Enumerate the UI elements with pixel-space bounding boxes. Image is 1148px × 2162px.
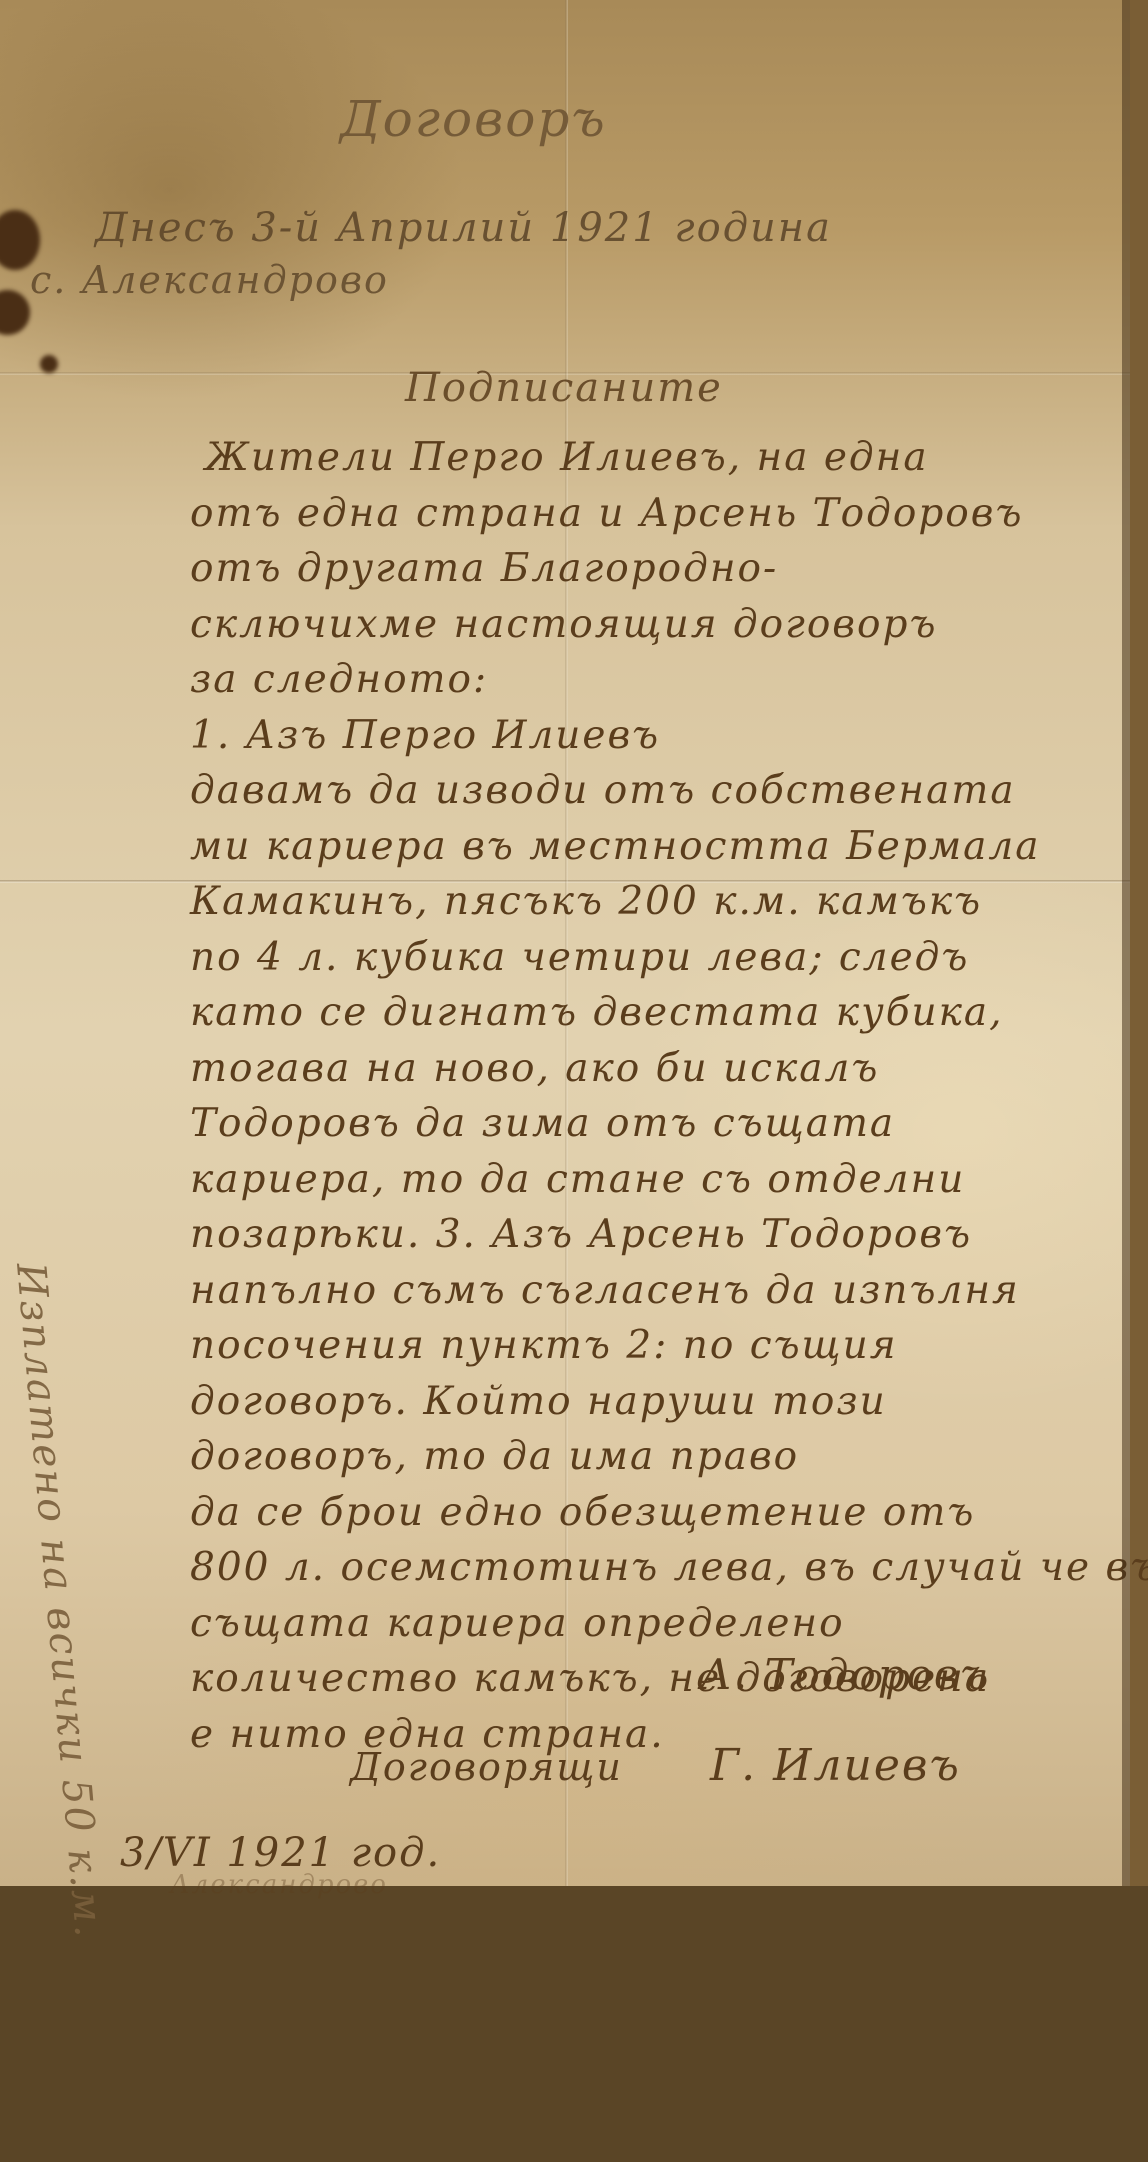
document-title: Договоръ xyxy=(340,90,607,148)
contracting-parties-label: Договорящи xyxy=(350,1745,623,1789)
ink-stain xyxy=(0,290,30,335)
contract-line: като се дигнатъ двестата кубика, xyxy=(190,990,1004,1035)
contract-line: кариера, то да стане съ отделни xyxy=(190,1157,965,1202)
contract-line: 1. Азъ Перго Илиевъ xyxy=(190,713,660,758)
contract-line: напълно съмъ съгласенъ да изпълня xyxy=(190,1268,1020,1313)
contract-line: за следното: xyxy=(190,657,488,702)
contract-line: отъ една страна и Арсень Тодоровъ xyxy=(190,491,1023,536)
contract-line: тогава на ново, ако би искалъ xyxy=(190,1046,879,1091)
contract-line: сключихме настоящия договоръ xyxy=(190,602,937,647)
paper-sheet: Договоръ Днесъ 3-й Априлий 1921 година с… xyxy=(0,0,1130,1886)
signature-iliev: Г. Илиевъ xyxy=(710,1740,961,1791)
faint-bottom-text: Александрово xyxy=(170,1870,388,1886)
contract-line: позарѣки. 3. Азъ Арсень Тодоровъ xyxy=(190,1212,972,1257)
contract-line: по 4 л. кубика четири лева; следъ xyxy=(190,935,969,980)
contract-line: да се брои едно обезщетение отъ xyxy=(190,1490,975,1535)
signature-todorov: А. Тодоровъ xyxy=(700,1650,990,1699)
margin-note-vertical: Изплатено на всички 50 к.м. xyxy=(7,1261,131,1886)
contract-line: Тодоровъ да зима отъ същата xyxy=(190,1101,895,1146)
place-line: с. Александрово xyxy=(30,258,389,302)
contract-line: ми кариера въ местността Бермала xyxy=(190,824,1041,869)
contract-line: Камакинъ, пясъкъ 200 к.м. камъкъ xyxy=(190,879,982,924)
contract-line: давамъ да изводи отъ собствената xyxy=(190,768,1016,813)
contract-line: Жители Перго Илиевъ, на една xyxy=(205,435,929,480)
contract-line: договоръ. Който наруши този xyxy=(190,1379,887,1424)
ink-dot xyxy=(40,355,58,373)
contract-line: 800 л. осемстотинъ лева, въ случай че въ xyxy=(190,1545,1148,1590)
document-photo: Договоръ Днесъ 3-й Априлий 1921 година с… xyxy=(0,0,1148,1886)
date-line: Днесъ 3-й Априлий 1921 година xyxy=(95,205,832,251)
contract-line: посочения пунктъ 2: по същия xyxy=(190,1323,898,1368)
heading-signatories: Подписаните xyxy=(405,365,723,411)
contract-line: отъ другата Благородно- xyxy=(190,546,778,591)
contract-line: същата кариера определено xyxy=(190,1601,845,1646)
contract-line: договоръ, то да има право xyxy=(190,1434,799,1479)
frame-edge xyxy=(1122,0,1130,1886)
